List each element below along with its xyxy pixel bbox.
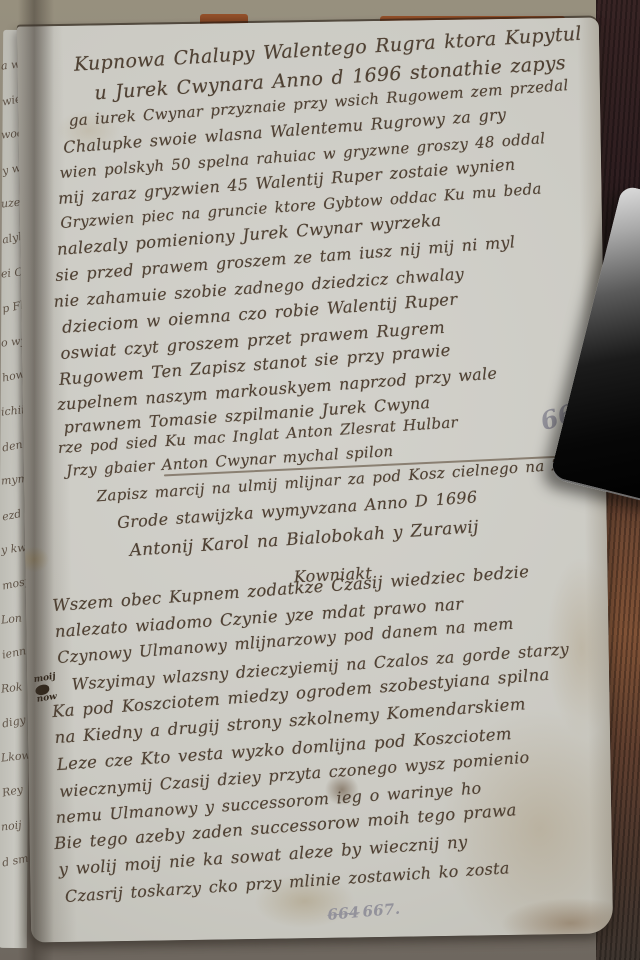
folio-number-bottom: 664667. [327,900,401,924]
manuscript-page: Kupnowa Chalupy Walentego Rugra ktora Ku… [17,17,613,942]
manuscript-photo: a wywiedwody wluzeyalyhei Cap Flao wyhow… [0,0,640,960]
gutter-shadow [18,0,54,960]
folio-number-crossed-out: 664 [327,903,361,924]
folio-number-current: 667. [362,900,401,921]
